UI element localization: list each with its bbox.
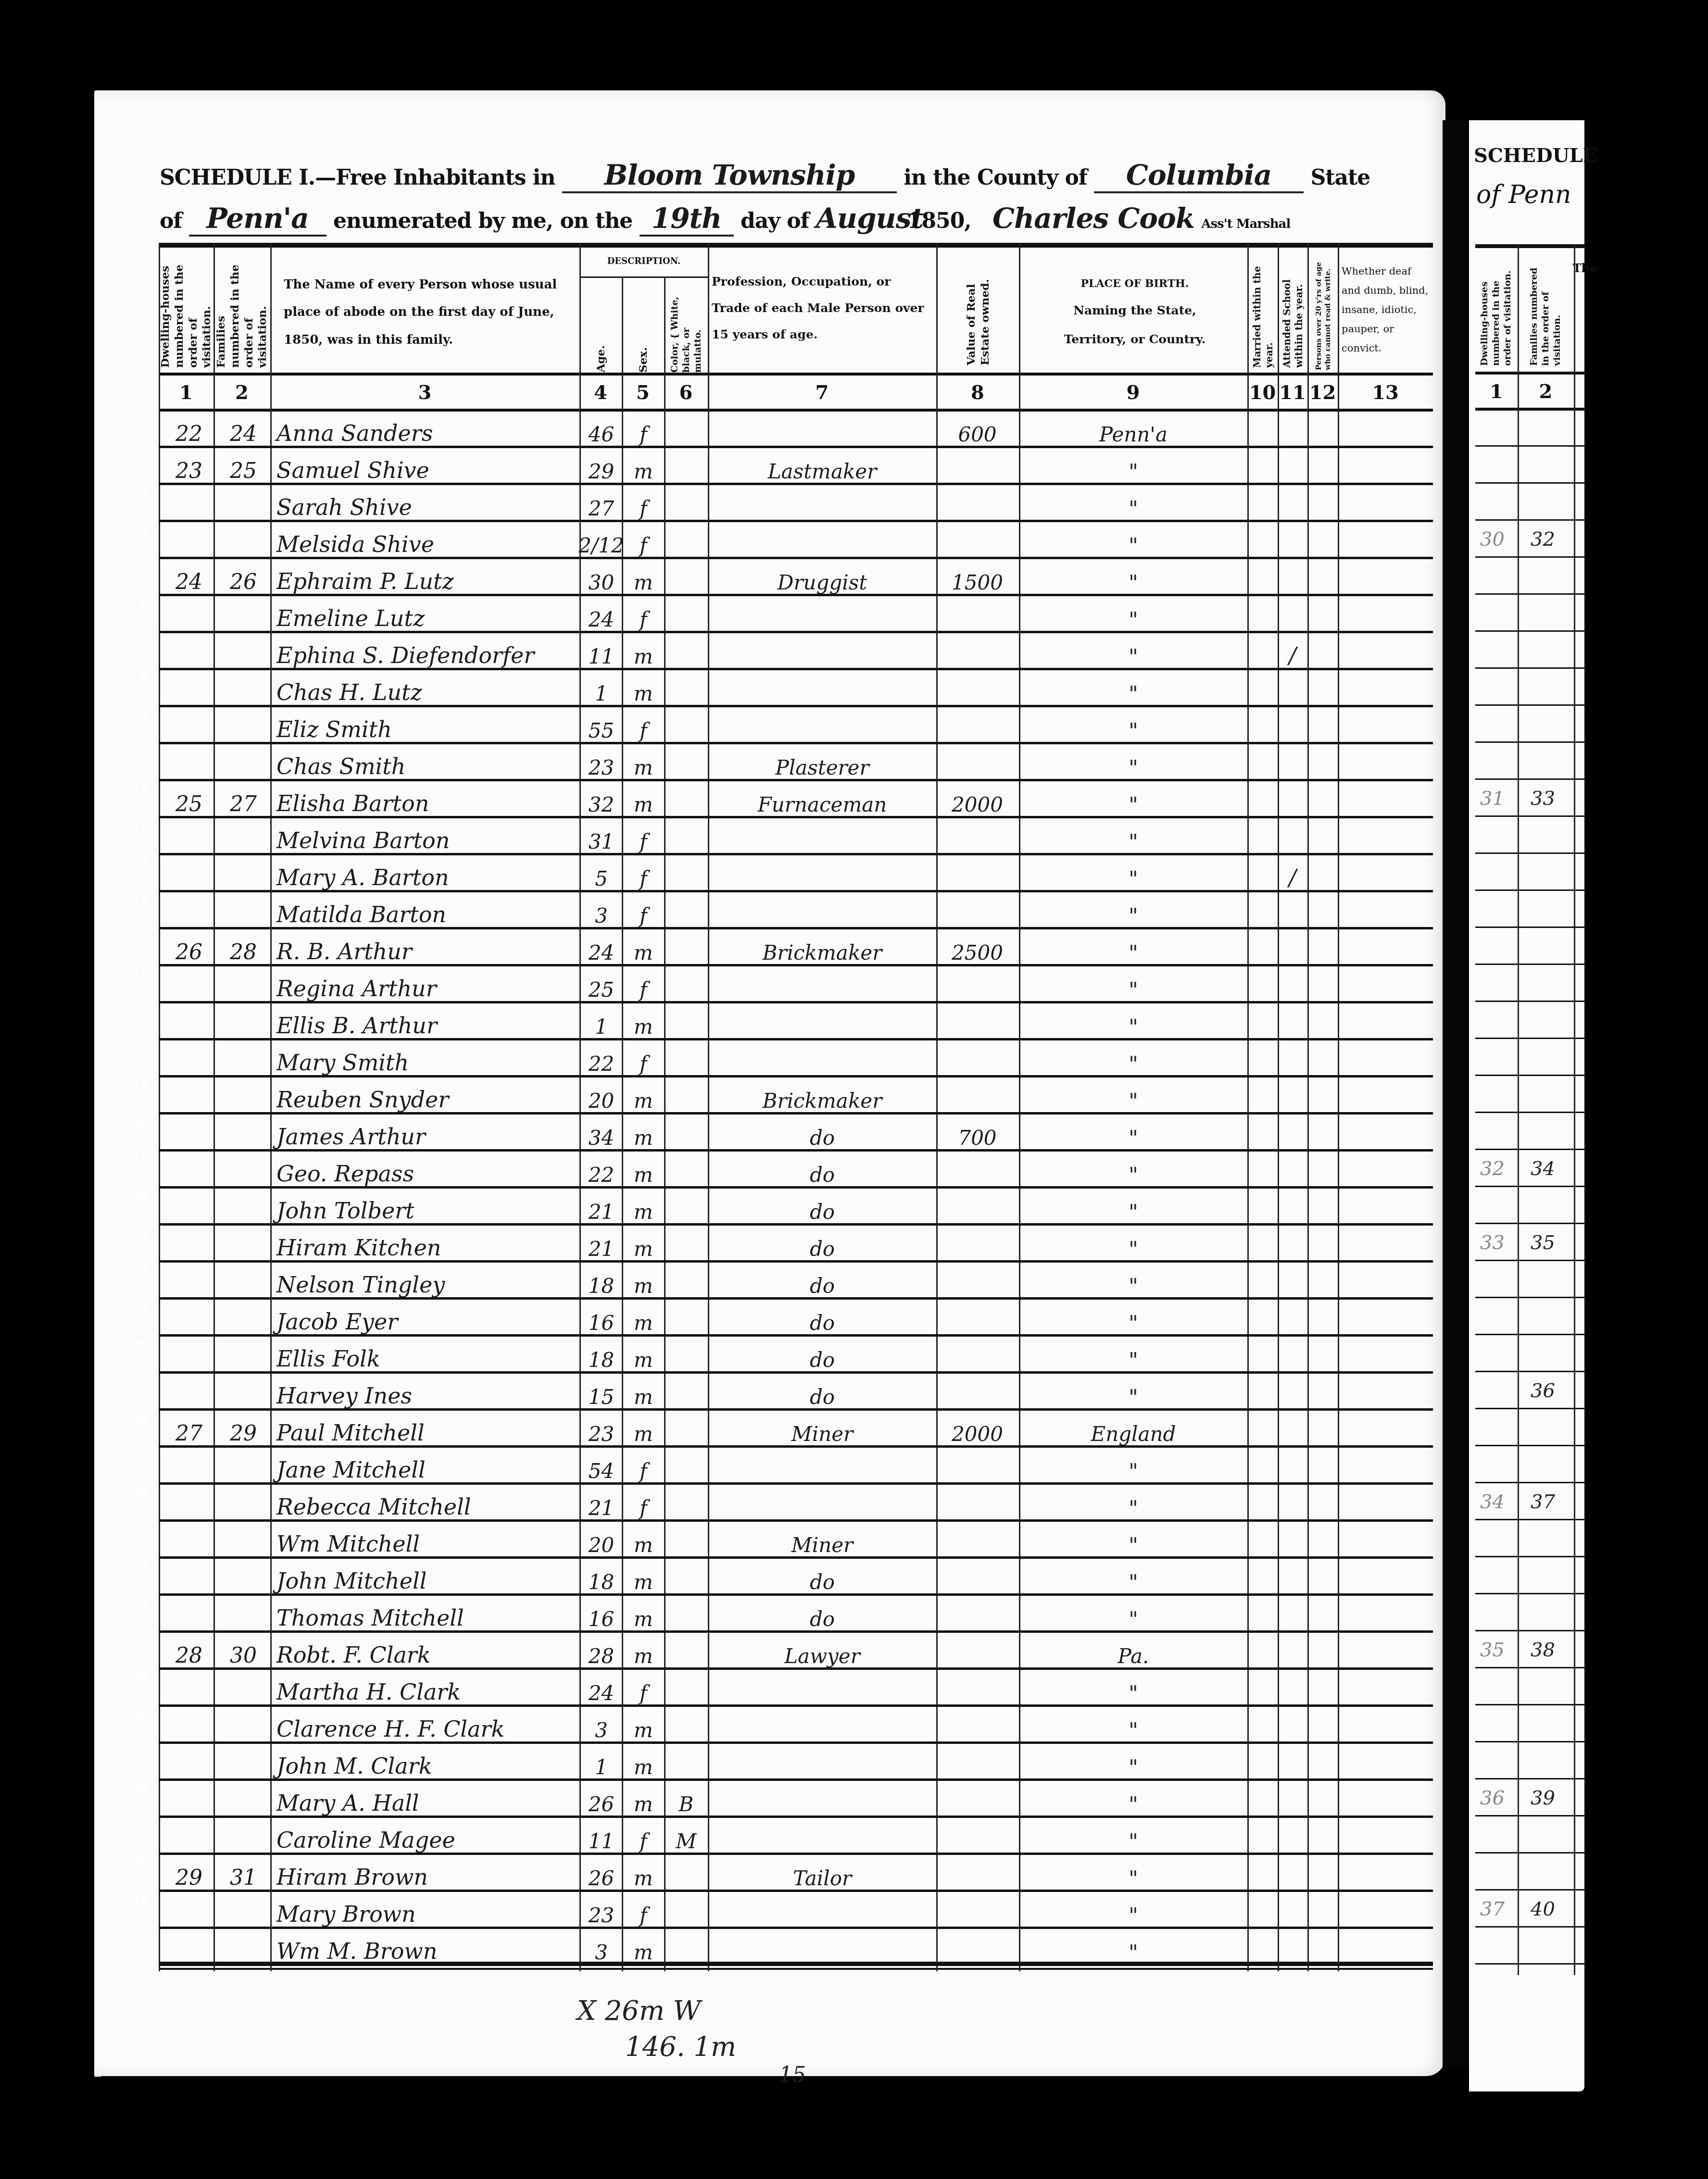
line-number: 20: [129, 1115, 148, 1129]
adjacent-row-rule: [1475, 445, 1586, 447]
adjacent-schedule-title: SCHEDULE: [1474, 144, 1597, 167]
condition: [1339, 1562, 1431, 1594]
table-row: 5 24 26 Ephraim P. Lutz 30 m Druggist 15…: [159, 560, 1433, 597]
condition: [1339, 748, 1431, 779]
occupation: [709, 1821, 935, 1853]
condition: [1339, 1932, 1431, 1964]
adjacent-row-rule: [1475, 1038, 1586, 1039]
real-estate-value: 2000: [938, 785, 1017, 816]
colnum-3: 3: [270, 376, 579, 409]
condition: [1339, 674, 1431, 705]
line-number: 38: [129, 1781, 148, 1795]
dwelling-number: 23: [163, 451, 215, 483]
adjacent-col-line: [1518, 244, 1519, 1975]
line-number: 35: [129, 1670, 148, 1684]
family-number: [216, 1340, 270, 1372]
married-within-year: [1248, 488, 1277, 520]
census-table: Dwelling-houses numbered in the order of…: [159, 243, 1433, 1979]
color: [666, 1007, 707, 1039]
adjacent-row-rule: [1475, 1593, 1586, 1594]
person-name: Mary A. Barton: [276, 859, 575, 890]
dwelling-number: [163, 1229, 215, 1261]
real-estate-value: [938, 1451, 1017, 1483]
place-of-birth: Penn'a: [1020, 414, 1246, 446]
real-estate-value: [938, 1673, 1017, 1705]
sex: f: [623, 970, 664, 1002]
row-rule: [159, 483, 1433, 485]
occupation: [709, 1007, 935, 1039]
married-within-year: [1248, 563, 1277, 594]
age: 29: [581, 451, 622, 483]
row-rule: [159, 1297, 1433, 1300]
adjacent-row-rule: [1475, 964, 1586, 965]
dwelling-number: [163, 1821, 215, 1853]
attended-school: [1278, 1562, 1307, 1594]
line-number: 29: [129, 1448, 148, 1462]
dwelling-number: [163, 1710, 215, 1742]
row-rule: [159, 1927, 1433, 1929]
header-occupation: Profession, Occupation, or Trade of each…: [712, 252, 933, 363]
row-rule: [159, 1038, 1433, 1040]
color: [666, 526, 707, 557]
sex: f: [623, 488, 664, 520]
family-number: [216, 1784, 270, 1816]
line-number: 41: [129, 1892, 148, 1906]
adjacent-row-rule: [1475, 1482, 1586, 1483]
dwelling-number: [163, 1747, 215, 1779]
age: 25: [581, 970, 622, 1002]
row-rule: [159, 1667, 1433, 1670]
real-estate-value: [938, 526, 1017, 557]
header-sex-text: Sex.: [637, 347, 651, 373]
table-row: 10 Chas Smith 23 m Plasterer ": [159, 745, 1433, 782]
real-estate-value: [938, 1747, 1017, 1779]
condition: [1339, 1340, 1431, 1372]
married-within-year: [1248, 1673, 1277, 1705]
age: 31: [581, 822, 622, 853]
table-row: 29 Jane Mitchell 54 f ": [159, 1448, 1433, 1485]
place-of-birth: ": [1020, 1303, 1246, 1335]
married-within-year: [1248, 1895, 1277, 1927]
colnum-1: 1: [159, 376, 213, 409]
dwelling-number: [163, 1192, 215, 1224]
color: [666, 859, 707, 890]
line-number: 5: [129, 560, 148, 574]
color: [666, 748, 707, 779]
real-estate-value: [938, 822, 1017, 853]
real-estate-value: [938, 1710, 1017, 1742]
cannot-read-write: [1308, 1895, 1337, 1927]
age: 1: [581, 674, 622, 705]
occupation: do: [709, 1599, 935, 1631]
person-name: Elisha Barton: [276, 785, 575, 816]
attended-school: [1278, 1488, 1307, 1520]
table-row: 4 Melsida Shive 2/12 f ": [159, 523, 1433, 560]
row-rule: [159, 890, 1433, 892]
age: 11: [581, 637, 622, 668]
real-estate-value: [938, 637, 1017, 668]
person-name: Caroline Magee: [276, 1821, 575, 1853]
attended-school: [1278, 1599, 1307, 1631]
row-rule: [159, 1001, 1433, 1003]
place-of-birth: ": [1020, 637, 1246, 668]
line-number: 8: [129, 671, 148, 685]
colnum-9: 9: [1019, 376, 1247, 409]
place-of-birth: ": [1020, 1710, 1246, 1742]
cannot-read-write: [1308, 896, 1337, 927]
table-row: 17 Ellis B. Arthur 1 m ": [159, 1004, 1433, 1041]
place-of-birth: ": [1020, 1229, 1246, 1261]
person-name: Hiram Kitchen: [276, 1229, 575, 1261]
occupation: Lastmaker: [709, 451, 935, 483]
attended-school: [1278, 1081, 1307, 1113]
real-estate-value: 2500: [938, 933, 1017, 964]
line-number: 26: [129, 1337, 148, 1351]
adjacent-row-rule: [1475, 556, 1586, 558]
color: [666, 1673, 707, 1705]
condition: [1339, 785, 1431, 816]
married-within-year: [1248, 1525, 1277, 1557]
family-number: [216, 1747, 270, 1779]
cannot-read-write: [1308, 859, 1337, 890]
cannot-read-write: [1308, 414, 1337, 446]
line-number: 2: [129, 449, 148, 463]
place-of-birth: ": [1020, 859, 1246, 890]
age: 20: [581, 1081, 622, 1113]
married-within-year: [1248, 1081, 1277, 1113]
adjacent-header-rule: [1475, 372, 1586, 375]
real-estate-value: 700: [938, 1118, 1017, 1150]
table-row: 41 Mary Brown 23 f ": [159, 1892, 1433, 1929]
adjacent-state-fragment: of Penn: [1476, 180, 1571, 209]
sex: m: [623, 1858, 664, 1890]
attended-school: [1278, 748, 1307, 779]
state-field: Penn'a: [189, 202, 327, 237]
color: [666, 1414, 707, 1446]
married-within-year: [1248, 1044, 1277, 1076]
cannot-read-write: [1308, 1229, 1337, 1261]
adjacent-family-number: 33: [1531, 788, 1555, 810]
place-of-birth: ": [1020, 526, 1246, 557]
line-number: 23: [129, 1226, 148, 1240]
condition: [1339, 1118, 1431, 1150]
adjacent-row-rule: [1475, 1149, 1586, 1150]
attended-school: [1278, 563, 1307, 594]
dwelling-number: [163, 1895, 215, 1927]
sex: m: [623, 1155, 664, 1187]
person-name: Paul Mitchell: [276, 1414, 575, 1446]
person-name: John M. Clark: [276, 1747, 575, 1779]
age: 5: [581, 859, 622, 890]
header-family: Families numbered in the order of visita…: [213, 248, 270, 373]
book-gutter: [1443, 120, 1469, 2067]
married-within-year: [1248, 1710, 1277, 1742]
row-rule: [159, 816, 1433, 818]
place-of-birth: ": [1020, 1340, 1246, 1372]
age: 24: [581, 933, 622, 964]
dwelling-number: [163, 1784, 215, 1816]
age: 24: [581, 1673, 622, 1705]
row-rule: [159, 705, 1433, 707]
condition: [1339, 637, 1431, 668]
attended-school: [1278, 933, 1307, 964]
family-number: [216, 1673, 270, 1705]
table-row: 25 Jacob Eyer 16 m do ": [159, 1300, 1433, 1337]
occupation: Druggist: [709, 563, 935, 594]
real-estate-value: [938, 451, 1017, 483]
sex: m: [623, 1932, 664, 1964]
family-number: 27: [216, 785, 270, 816]
sex: m: [623, 1007, 664, 1039]
age: 23: [581, 1895, 622, 1927]
occupation: do: [709, 1562, 935, 1594]
place-of-birth: ": [1020, 1007, 1246, 1039]
table-row: 8 Chas H. Lutz 1 m ": [159, 671, 1433, 708]
condition: [1339, 1599, 1431, 1631]
adjacent-dwelling-number: 36: [1480, 1787, 1505, 1809]
age: 15: [581, 1377, 622, 1409]
adjacent-row-rule: [1475, 1741, 1586, 1742]
color: [666, 1192, 707, 1224]
state-label: State: [1310, 165, 1370, 190]
row-rule: [159, 1816, 1433, 1818]
cannot-read-write: [1308, 1784, 1337, 1816]
cannot-read-write: [1308, 451, 1337, 483]
schedule-heading: SCHEDULE I.—Free Inhabitants in Bloom To…: [160, 159, 1370, 193]
table-row: 35 Martha H. Clark 24 f ": [159, 1670, 1433, 1707]
enumerated-label: enumerated by me, on the: [333, 209, 632, 233]
sex: m: [623, 1599, 664, 1631]
row-rule: [159, 1704, 1433, 1707]
adjacent-family-number: 32: [1531, 528, 1555, 551]
line-number: 30: [129, 1485, 148, 1499]
place-of-birth: ": [1020, 1377, 1246, 1409]
table-row: 2 23 25 Samuel Shive 29 m Lastmaker ": [159, 449, 1433, 486]
cannot-read-write: [1308, 1858, 1337, 1890]
age: 18: [581, 1562, 622, 1594]
adjacent-row-rule: [1475, 1852, 1586, 1853]
color: [666, 896, 707, 927]
sex: f: [623, 1895, 664, 1927]
occupation: do: [709, 1340, 935, 1372]
header-read-write: Persons over 20 y'rs of age who cannot r…: [1308, 248, 1338, 373]
attended-school: [1278, 414, 1307, 446]
row-rule: [159, 1890, 1433, 1892]
place-of-birth: ": [1020, 822, 1246, 853]
table-row: 1 22 24 Anna Sanders 46 f 600 Penn'a: [159, 412, 1433, 449]
row-rule: [159, 1519, 1433, 1522]
person-name: Ephraim P. Lutz: [276, 563, 575, 594]
occupation: [709, 600, 935, 631]
person-name: James Arthur: [276, 1118, 575, 1150]
dwelling-number: [163, 1488, 215, 1520]
place-of-birth: ": [1020, 1044, 1246, 1076]
table-row: 12 Melvina Barton 31 f ": [159, 819, 1433, 856]
sex: m: [623, 748, 664, 779]
place-of-birth: ": [1020, 600, 1246, 631]
row-rule: [159, 1186, 1433, 1189]
occupation: [709, 526, 935, 557]
enumeration-heading: of Penn'a enumerated by me, on the 19th …: [160, 202, 1290, 237]
attended-school: [1278, 1858, 1307, 1890]
place-of-birth: ": [1020, 896, 1246, 927]
sex: m: [623, 1081, 664, 1113]
real-estate-value: [938, 1266, 1017, 1298]
real-estate-value: [938, 488, 1017, 520]
family-number: [216, 859, 270, 890]
age: 34: [581, 1118, 622, 1150]
married-within-year: [1248, 1229, 1277, 1261]
color: [666, 451, 707, 483]
place-of-birth: ": [1020, 1858, 1246, 1890]
condition: [1339, 1895, 1431, 1927]
adjacent-family-number: 39: [1531, 1787, 1555, 1809]
adjacent-dwelling-number: 34: [1480, 1491, 1505, 1513]
married-within-year: [1248, 1266, 1277, 1298]
family-number: 25: [216, 451, 270, 483]
family-number: 29: [216, 1414, 270, 1446]
sex: f: [623, 526, 664, 557]
place-of-birth: ": [1020, 1784, 1246, 1816]
table-row: 7 Ephina S. Diefendorfer 11 m " /: [159, 634, 1433, 671]
color: [666, 1525, 707, 1557]
place-of-birth: Pa.: [1020, 1636, 1246, 1668]
adjacent-family-number: 35: [1531, 1232, 1555, 1254]
person-name: Wm Mitchell: [276, 1525, 575, 1557]
color: [666, 1155, 707, 1187]
real-estate-value: 600: [938, 414, 1017, 446]
adjacent-row-rule: [1475, 1667, 1586, 1668]
adjacent-row-rule: [1475, 1260, 1586, 1261]
person-name: Ephina S. Diefendorfer: [276, 637, 575, 668]
adjacent-row-rule: [1475, 1778, 1586, 1779]
color: [666, 1562, 707, 1594]
color: [666, 933, 707, 964]
occupation: do: [709, 1192, 935, 1224]
condition: [1339, 1155, 1431, 1187]
cannot-read-write: [1308, 1525, 1337, 1557]
attended-school: [1278, 711, 1307, 742]
color: [666, 1747, 707, 1779]
place-of-birth: ": [1020, 1562, 1246, 1594]
dwelling-number: 26: [163, 933, 215, 964]
age: 2/12: [581, 526, 622, 557]
adjacent-dwelling-number: 32: [1480, 1158, 1505, 1180]
place-of-birth: ": [1020, 1747, 1246, 1779]
attended-school: [1278, 896, 1307, 927]
row-rule: [159, 520, 1433, 522]
adjacent-row-rule: [1475, 1445, 1586, 1446]
adjacent-dwelling-number: 37: [1480, 1898, 1505, 1920]
color: [666, 1377, 707, 1409]
dwelling-number: [163, 488, 215, 520]
age: 22: [581, 1155, 622, 1187]
adjacent-top-rule: [1475, 244, 1586, 248]
married-within-year: [1248, 1303, 1277, 1335]
real-estate-value: [938, 1932, 1017, 1964]
age: 3: [581, 1932, 622, 1964]
place-of-birth: ": [1020, 748, 1246, 779]
table-row: 28 27 29 Paul Mitchell 23 m Miner 2000 E…: [159, 1411, 1433, 1448]
cannot-read-write: [1308, 1340, 1337, 1372]
colnum-6: 6: [664, 376, 708, 409]
condition: [1339, 1044, 1431, 1076]
dwelling-number: [163, 637, 215, 668]
real-estate-value: [938, 1377, 1017, 1409]
married-within-year: [1248, 1414, 1277, 1446]
header-age-text: Age.: [594, 345, 608, 373]
age: 26: [581, 1784, 622, 1816]
age: 21: [581, 1488, 622, 1520]
colnum-11: 11: [1278, 376, 1307, 409]
real-estate-value: 2000: [938, 1414, 1017, 1446]
attended-school: [1278, 785, 1307, 816]
table-row: 20 James Arthur 34 m do 700 ": [159, 1115, 1433, 1152]
cannot-read-write: [1308, 1636, 1337, 1668]
line-number: 11: [129, 782, 148, 796]
condition: [1339, 451, 1431, 483]
adjacent-row-rule: [1475, 1704, 1586, 1705]
adjacent-row-rule: [1475, 1889, 1586, 1891]
table-row: 6 Emeline Lutz 24 f ": [159, 597, 1433, 634]
sex: m: [623, 785, 664, 816]
attended-school: [1278, 1673, 1307, 1705]
adjacent-row-rule: [1475, 778, 1586, 780]
table-row: 34 28 30 Robt. F. Clark 28 m Lawyer Pa.: [159, 1633, 1433, 1670]
occupation: [709, 414, 935, 446]
color: [666, 563, 707, 594]
married-within-year: [1248, 970, 1277, 1002]
married-within-year: [1248, 859, 1277, 890]
row-rule: [159, 779, 1433, 781]
condition: [1339, 1747, 1431, 1779]
age: 24: [581, 600, 622, 631]
header-value: Value of Real Estate owned.: [938, 248, 1019, 373]
real-estate-value: [938, 1488, 1017, 1520]
married-within-year: [1248, 1821, 1277, 1853]
line-number: 4: [129, 523, 148, 537]
cannot-read-write: [1308, 563, 1337, 594]
header-birthplace-title: PLACE OF BIRTH.: [1080, 271, 1189, 297]
line-number: 24: [129, 1263, 148, 1277]
place-of-birth: ": [1020, 711, 1246, 742]
adjacent-row-rule: [1475, 1963, 1586, 1965]
cannot-read-write: [1308, 1155, 1337, 1187]
line-number: 1: [129, 412, 148, 426]
family-number: [216, 1081, 270, 1113]
cannot-read-write: [1308, 1266, 1337, 1298]
color: [666, 1451, 707, 1483]
family-number: [216, 1451, 270, 1483]
table-row: 15 26 28 R. B. Arthur 24 m Brickmaker 25…: [159, 930, 1433, 967]
header-name: The Name of every Person whose usual pla…: [274, 252, 577, 373]
adjacent-row-rule: [1475, 1519, 1586, 1520]
occupation: [709, 970, 935, 1002]
adjacent-row-rule: [1475, 1186, 1586, 1187]
occupation: do: [709, 1155, 935, 1187]
condition: [1339, 859, 1431, 890]
age: 23: [581, 1414, 622, 1446]
dwelling-number: [163, 526, 215, 557]
cannot-read-write: [1308, 822, 1337, 853]
cannot-read-write: [1308, 785, 1337, 816]
color: [666, 1266, 707, 1298]
real-estate-value: [938, 859, 1017, 890]
header-married: Married within the year.: [1248, 248, 1278, 373]
header-read-write-text: Persons over 20 y'rs of age who cannot r…: [1314, 250, 1332, 370]
family-number: [216, 1821, 270, 1853]
cannot-read-write: [1308, 1488, 1337, 1520]
